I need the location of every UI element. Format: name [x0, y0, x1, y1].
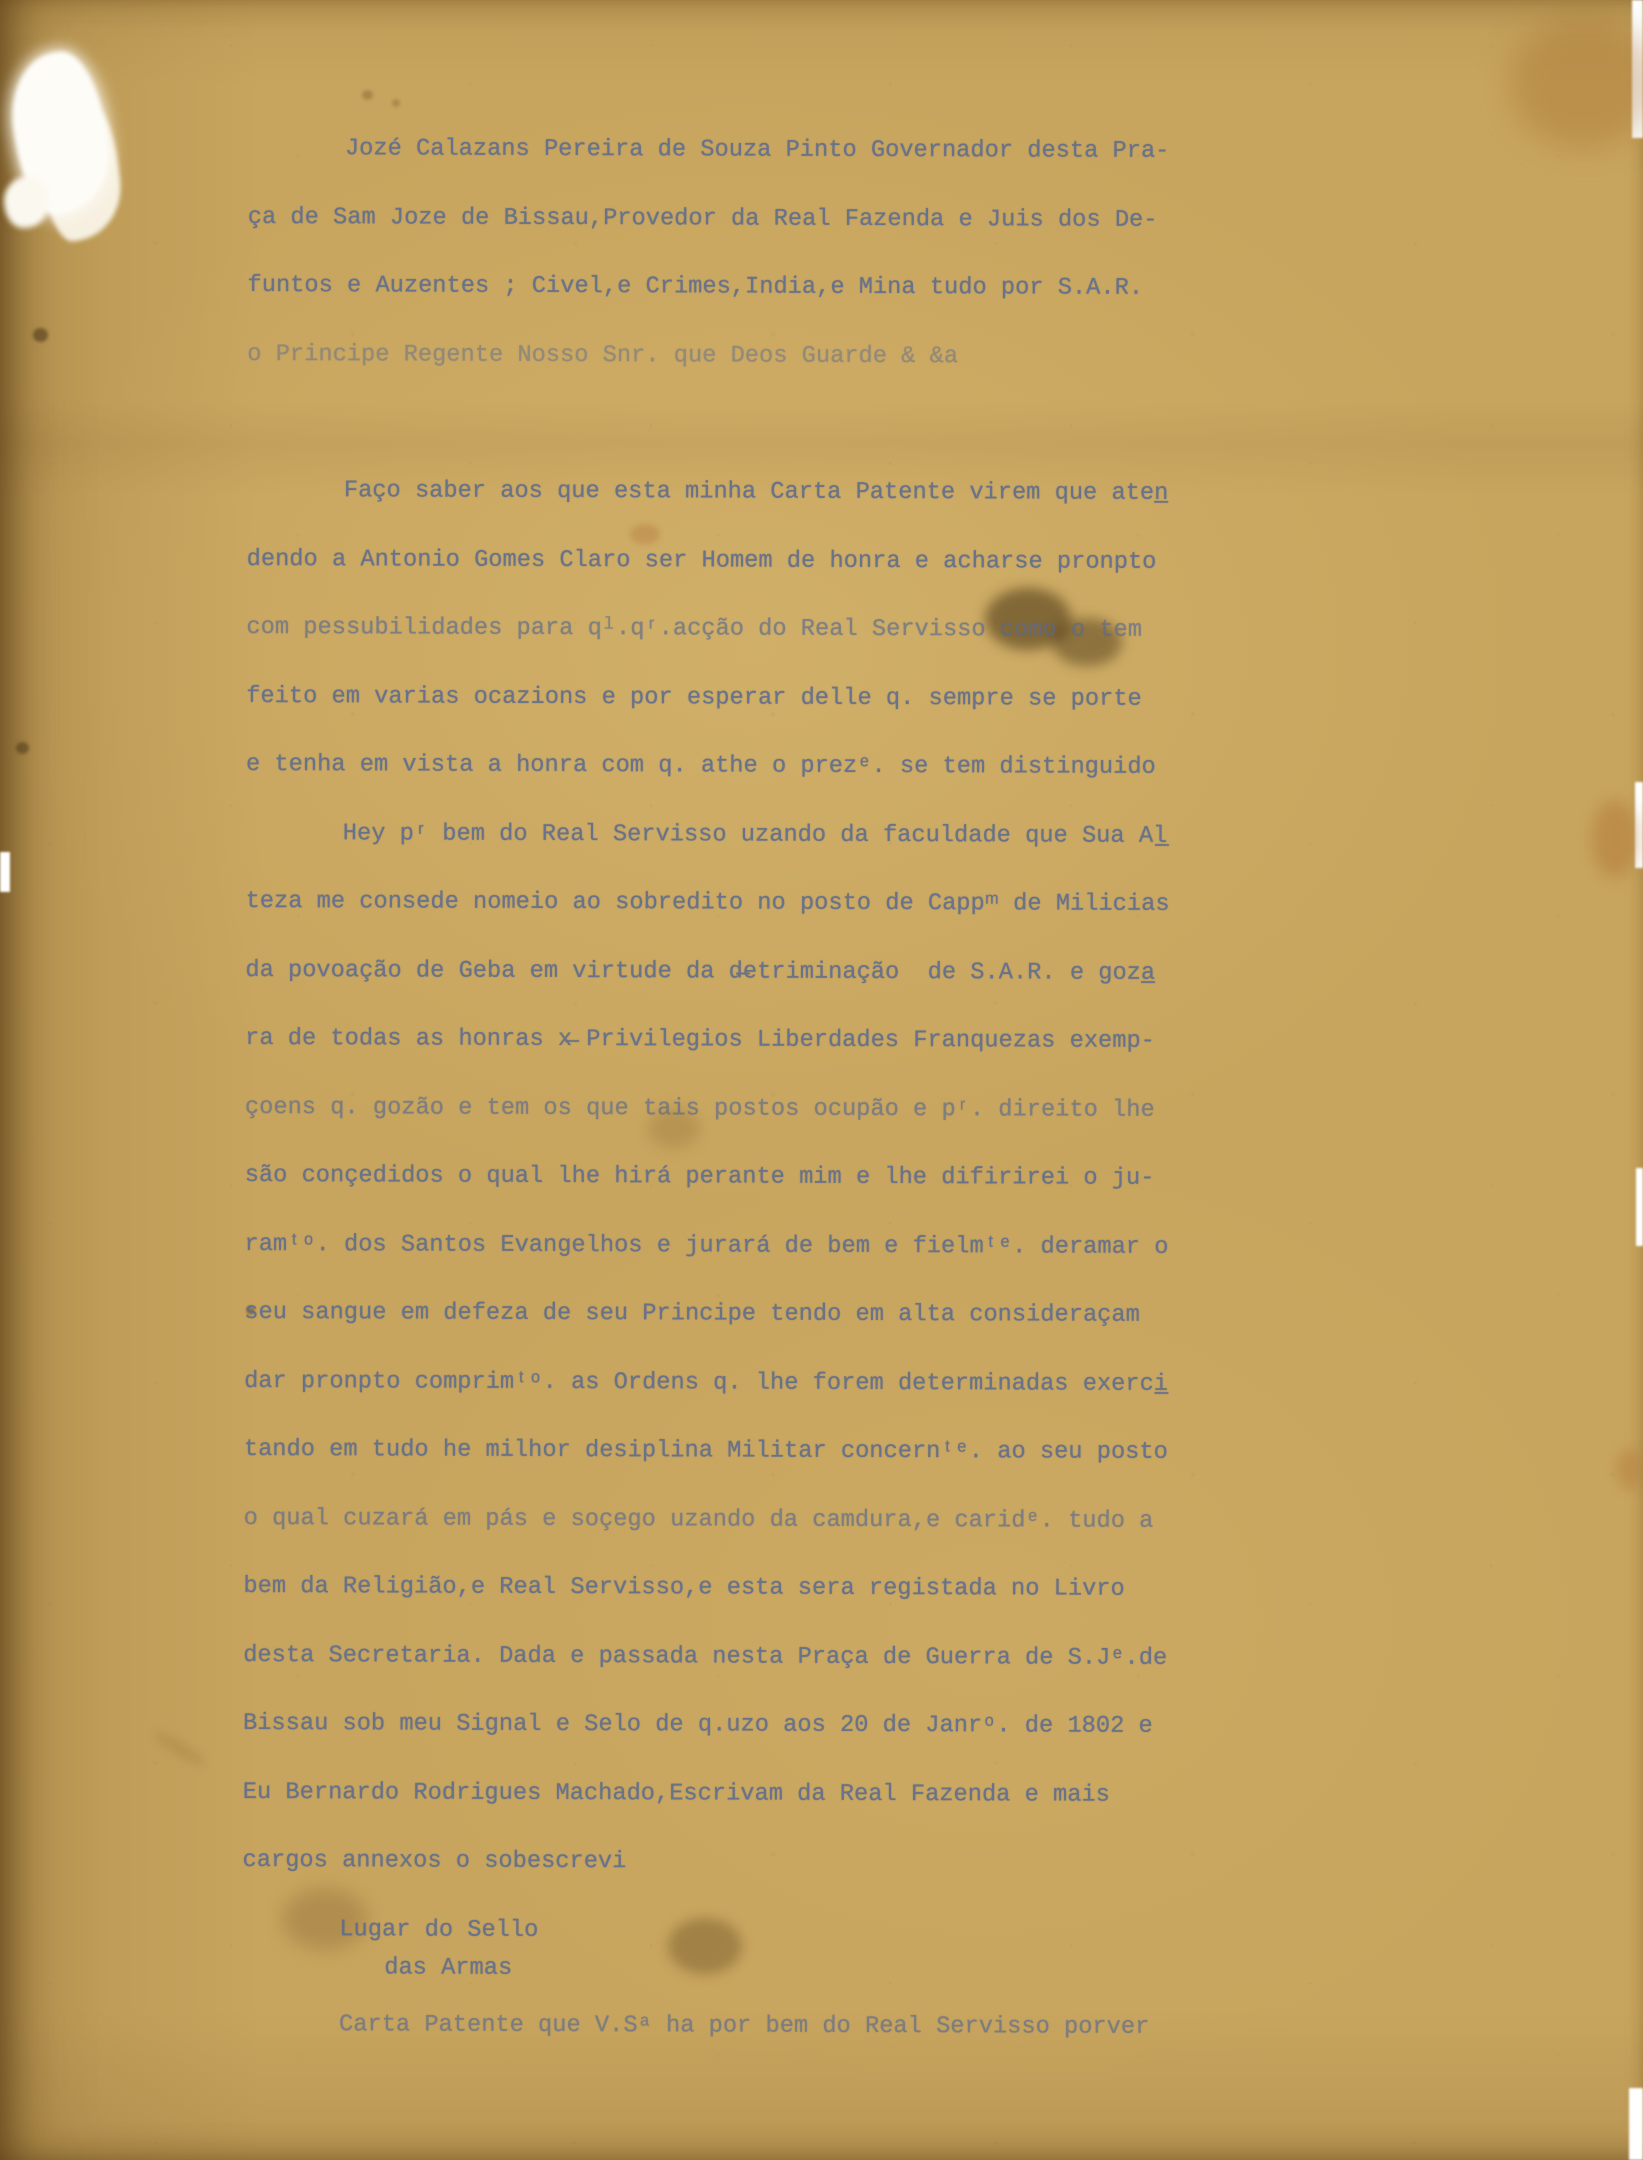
text-line: ramᵗᵒ. dos Santos Evangelhos e jurará de… — [244, 1230, 1494, 1302]
foxing-dot — [16, 742, 29, 754]
text-line: ça de Sam Joze de Bissau,Provedor da Rea… — [248, 203, 1498, 275]
scanner-edge-bottom-right — [1629, 2088, 1643, 2160]
text-line: Faço saber aos que esta minha Carta Pate… — [344, 477, 1497, 549]
text-line: e tenha em vista a honra com q. athe o p… — [246, 751, 1496, 823]
text-line: cargos annexos o sobescrevi — [242, 1847, 1492, 1919]
text-line: Carta Patente que V.Sᵃ ha por bem do Rea… — [339, 2011, 1492, 2083]
text-line-seal-place: das Armas — [384, 1954, 1492, 2014]
text-line: são conçedidos o qual lhe hirá perante m… — [245, 1162, 1495, 1234]
scanner-edge-right — [1636, 1168, 1643, 1246]
text-line: seu sangue em defeza de seu Principe ten… — [244, 1299, 1494, 1371]
text-line: feito em varias ocazions e por esperar d… — [246, 682, 1496, 754]
foxing-dot — [392, 99, 400, 107]
text-line: Jozé Calazans Pereira de Souza Pinto Gov… — [345, 135, 1498, 207]
edge-stain — [1616, 1448, 1642, 1490]
torn-edge-patch — [4, 176, 48, 228]
text-line: Bissau sob meu Signal e Selo de q.uzo ao… — [243, 1710, 1493, 1782]
text-line: bem da Religião,e Real Servisso,e esta s… — [243, 1573, 1493, 1645]
text-line: dendo a Antonio Gomes Claro ser Homem de… — [246, 545, 1496, 617]
text-line: funtos e Auzentes ; Civel,e Crimes,India… — [247, 272, 1497, 344]
text-line: Eu Bernardo Rodrigues Machado,Escrivam d… — [243, 1778, 1493, 1850]
scanner-edge-left — [0, 852, 10, 892]
text-line-seal-place: Lugar do Sello — [339, 1916, 1492, 1958]
text-line: dar pronpto comprimᵗᵒ. as Ordens q. lhe … — [244, 1367, 1494, 1439]
text-line: Hey pʳ bem do Real Servisso uzando da fa… — [343, 820, 1496, 892]
text-line: o Principe Regente Nosso Snr. que Deos G… — [247, 340, 1497, 412]
text-line: teza me consede nomeio ao sobredito no p… — [245, 888, 1495, 960]
typewritten-text: Jozé Calazans Pereira de Souza Pinto Gov… — [242, 135, 1498, 2083]
foxing-dot — [33, 328, 48, 342]
edge-stain — [1592, 800, 1638, 878]
foxing-dot — [362, 90, 373, 100]
text-line: çoens q. gozão e tem os que tais postos … — [245, 1093, 1495, 1165]
text-line: tando em tudo he milhor desiplina Milita… — [244, 1436, 1494, 1508]
document-scan: Jozé Calazans Pereira de Souza Pinto Gov… — [0, 0, 1643, 2160]
text-line: da povoação de Geba em virtude da d̶etri… — [245, 956, 1495, 1028]
text-line: desta Secretaria. Dada e passada nesta P… — [243, 1641, 1493, 1713]
text-line: com pessubilidades para qˡ.qʳ.acção do R… — [246, 614, 1496, 686]
paper-sheet: Jozé Calazans Pereira de Souza Pinto Gov… — [0, 0, 1643, 2160]
text-line: o qual cuzará em pás e soçego uzando da … — [243, 1504, 1493, 1576]
text-line: ra de todas as honras x̶ Privilegios Lib… — [245, 1025, 1495, 1097]
